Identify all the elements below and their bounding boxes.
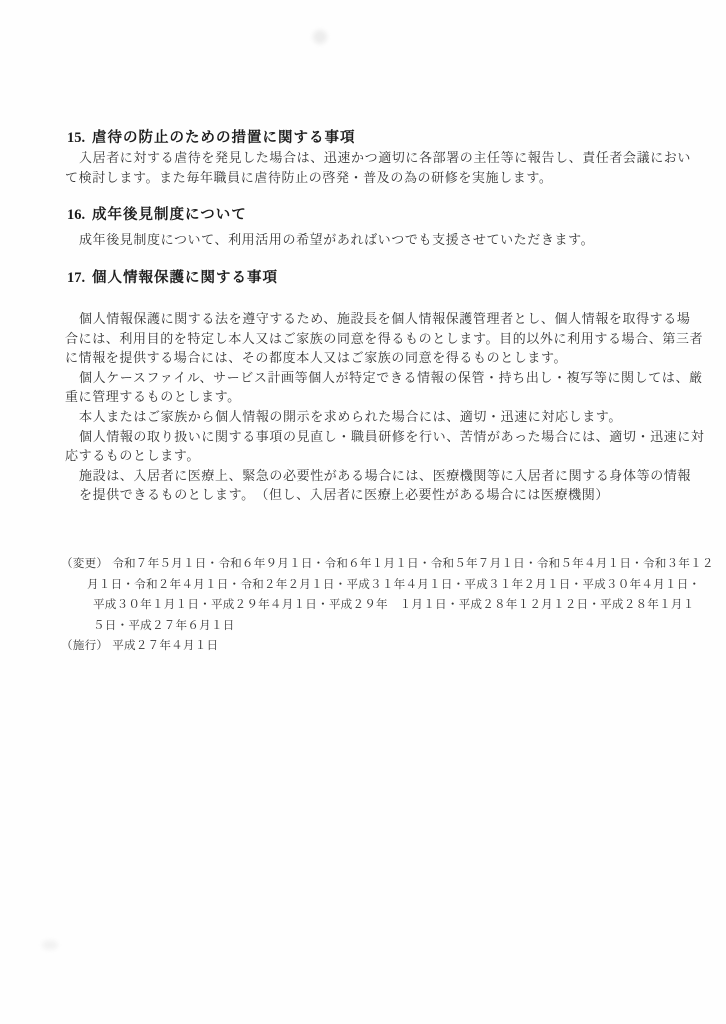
scan-artifact — [313, 30, 327, 44]
document-page: 15. 虐待の防止のための措置に関する事項 入居者に対する虐待を発見した場合は、… — [0, 0, 726, 1024]
revision-dates-line: 月１日・令和２年４月１日・令和２年２月１日・平成３１年４月１日・平成３１年２月１… — [61, 575, 714, 596]
paragraph-line: 入居者に対する虐待を発見した場合は、迅速かつ適切に各部署の主任等に報告し、責任者… — [65, 148, 691, 168]
scan-artifact — [42, 940, 58, 950]
revision-row: （変更） 令和７年５月１日・令和６年９月１日・令和６年１月１日・令和５年７月１日… — [61, 554, 714, 575]
paragraph-line: を提供できるものとします。 （但し、入居者に医療上必要性がある場合には医療機関） — [65, 485, 704, 505]
paragraph-line: 施設は、入居者に医療上、緊急の必要性がある場合には、医療機関等に入居者に関する身… — [65, 466, 704, 486]
section-body: 成年後見制度について、利用活用の希望があればいつでも支援させていただきます。 — [65, 230, 594, 250]
enforcement-label: （施行） — [61, 636, 108, 657]
paragraph-line: 本人またはご家族から個人情報の開示を求められた場合には、適切・迅速に対応します。 — [65, 407, 704, 427]
section-title: 個人情報保護に関する事項 — [92, 268, 278, 288]
section-heading: 16. 成年後見制度について — [65, 205, 594, 225]
section-heading: 15. 虐待の防止のための措置に関する事項 — [65, 128, 691, 148]
paragraph-line: 個人情報保護に関する法を遵守するため、施設長を個人情報保護管理者とし、個人情報を… — [65, 309, 704, 329]
paragraph-line: 成年後見制度について、利用活用の希望があればいつでも支援させていただきます。 — [65, 230, 594, 250]
section-personal-information: 17. 個人情報保護に関する事項 個人情報保護に関する法を遵守するため、施設長を… — [65, 268, 704, 505]
section-number: 15. — [67, 128, 92, 148]
section-title: 成年後見制度について — [92, 205, 247, 225]
revision-dates-line: ５日・平成２７年６月１日 — [61, 616, 714, 637]
revision-label: （変更） — [61, 554, 108, 575]
section-number: 16. — [67, 205, 92, 225]
section-title: 虐待の防止のための措置に関する事項 — [92, 128, 356, 148]
revision-dates-line: 令和７年５月１日・令和６年９月１日・令和６年１月１日・令和５年７月１日・令和５年… — [112, 554, 714, 575]
section-body: 入居者に対する虐待を発見した場合は、迅速かつ適切に各部署の主任等に報告し、責任者… — [65, 148, 691, 187]
section-heading: 17. 個人情報保護に関する事項 — [65, 268, 704, 288]
paragraph-line: 重に管理するものとします。 — [65, 387, 704, 407]
section-adult-guardianship: 16. 成年後見制度について 成年後見制度について、利用活用の希望があればいつで… — [65, 205, 594, 250]
paragraph-line: 個人ケースファイル、サービス計画等個人が特定できる情報の保管・持ち出し・複写等に… — [65, 368, 704, 388]
revision-dates-line: 平成３０年１月１日・平成２９年４月１日・平成２９年 １月１日・平成２８年１２月１… — [61, 595, 714, 616]
paragraph-line: て検討します。また毎年職員に虐待防止の啓発・普及の為の研修を実施します。 — [65, 168, 691, 188]
paragraph-line: 合には、利用目的を特定し本人又はご家族の同意を得るものとします。目的以外に利用す… — [65, 329, 704, 349]
enforcement-row: （施行） 平成２７年４月１日 — [61, 636, 714, 657]
section-abuse-prevention: 15. 虐待の防止のための措置に関する事項 入居者に対する虐待を発見した場合は、… — [65, 128, 691, 187]
paragraph-line: に情報を提供する場合には、その都度本人又はご家族の同意を得るものとします。 — [65, 348, 704, 368]
paragraph-line: 応するものとします。 — [65, 446, 704, 466]
section-number: 17. — [67, 268, 92, 288]
enforcement-date: 平成２７年４月１日 — [112, 636, 218, 657]
paragraph-line: 個人情報の取り扱いに関する事項の見直し・職員研修を行い、苦情があった場合には、適… — [65, 427, 704, 447]
revision-history: （変更） 令和７年５月１日・令和６年９月１日・令和６年１月１日・令和５年７月１日… — [61, 554, 714, 657]
section-body: 個人情報保護に関する法を遵守するため、施設長を個人情報保護管理者とし、個人情報を… — [65, 309, 704, 505]
